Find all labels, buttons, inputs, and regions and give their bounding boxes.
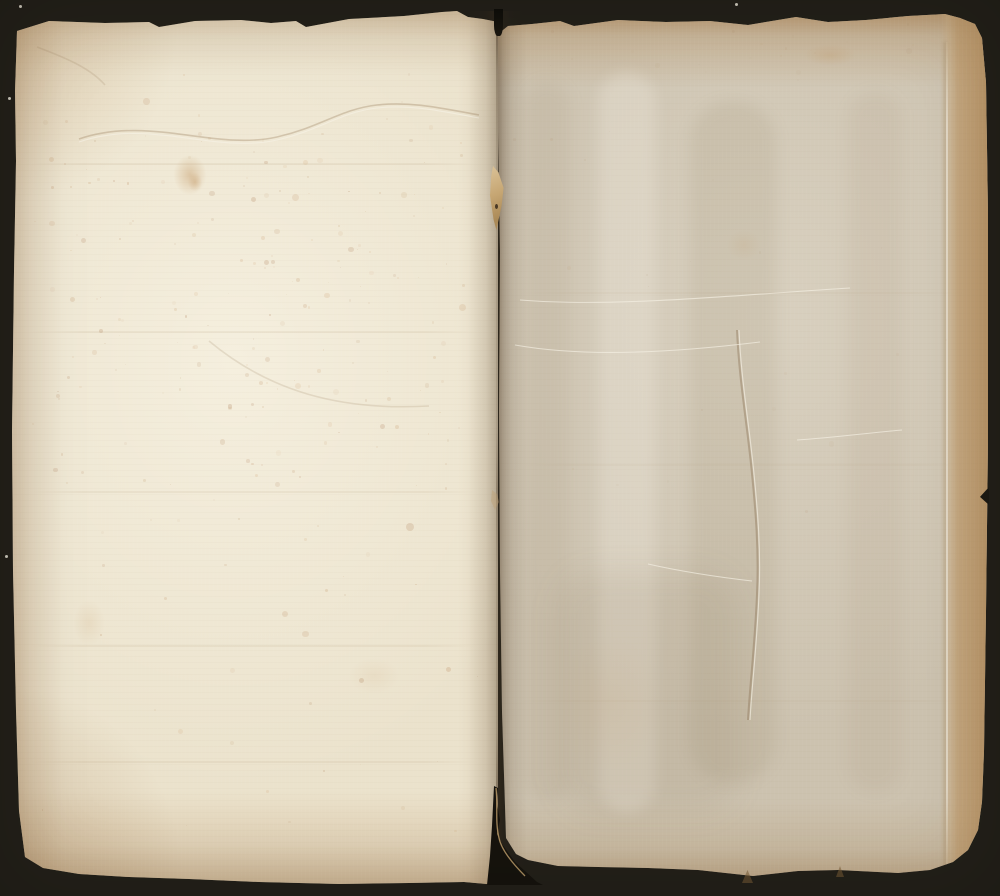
foxing-spot (294, 380, 295, 381)
foxing-spot (401, 806, 405, 810)
foxing-spot (333, 389, 339, 395)
foxing-spot (348, 191, 349, 192)
foxing-spot (67, 376, 70, 379)
foxing-spot (262, 139, 264, 141)
foxing-spot (349, 299, 351, 301)
foxing-spot (311, 239, 313, 241)
foxing-spot (243, 185, 245, 187)
foxing-spot (280, 321, 285, 326)
foxing-spot (224, 564, 227, 567)
foxing-spot (288, 821, 290, 823)
foxing-spot (317, 158, 322, 163)
foxing-spot (72, 356, 74, 358)
foxing-spot (609, 131, 610, 132)
foxing-spot (304, 538, 306, 540)
foxing-spot (228, 293, 229, 294)
foxing-spot (425, 383, 429, 387)
foxing-spot (551, 30, 554, 33)
foxing-spot (282, 611, 288, 617)
foxing-spot (393, 274, 396, 277)
foxing-spot (631, 50, 634, 53)
foxing-spot (125, 364, 126, 365)
foxing-spot (178, 729, 183, 734)
foxing-spot (366, 552, 371, 557)
spine-bottom-gap (485, 786, 543, 885)
dust-speck (5, 555, 8, 558)
foxing-spot (183, 74, 185, 76)
foxing-spot (792, 35, 795, 38)
foxing-spot (847, 53, 848, 54)
foxing-spot (57, 391, 59, 393)
foxing-spot (447, 439, 450, 442)
foxing-spot (896, 353, 899, 356)
foxing-spot (550, 65, 551, 66)
foxing-spot (352, 362, 354, 364)
foxing-spot (784, 372, 787, 375)
foxing-spot (185, 315, 188, 318)
foxing-spot (413, 215, 415, 217)
foxing-spot (348, 247, 353, 252)
foxing-spot (102, 564, 104, 566)
foxing-spot (101, 531, 104, 534)
foxing-spot (264, 193, 269, 198)
foxing-spot (357, 249, 358, 250)
foxing-spot (94, 140, 97, 143)
foxing-spot (252, 347, 255, 350)
dust-speck (735, 3, 738, 6)
foxing-spot (343, 576, 344, 577)
foxing-spot (88, 182, 91, 185)
foxing-spot (772, 407, 776, 411)
foxing-spot (317, 369, 320, 372)
foxing-spot (230, 668, 235, 673)
foxing-spot (170, 484, 171, 485)
foxing-spot (292, 194, 299, 201)
foxing-spot (161, 180, 165, 184)
foxing-spot (380, 424, 385, 429)
foxing-spot (245, 416, 247, 418)
foxing-spot (230, 741, 234, 745)
foxing-spot (667, 480, 670, 483)
foxing-spot (698, 64, 700, 66)
foxing-spot (433, 356, 436, 359)
foxing-spot (70, 186, 73, 189)
foxing-spot (785, 47, 788, 50)
foxing-spot (276, 450, 282, 456)
spine-crack-line (496, 11, 498, 885)
foxing-spot (253, 262, 257, 266)
foxing-spot (174, 308, 177, 311)
foxing-spot (264, 260, 269, 265)
foxing-spot (308, 385, 310, 387)
foxing-spot (317, 525, 319, 527)
foxing-spot (356, 340, 359, 343)
left-page-foxing-spots (9, 11, 498, 885)
foxing-spot (416, 485, 417, 486)
foxing-spot (194, 292, 198, 296)
right-page-foxing-spots (498, 12, 988, 884)
foxing-spot (115, 369, 117, 371)
foxing-spot (49, 221, 55, 227)
foxing-spot (616, 484, 619, 487)
foxing-spot (418, 277, 420, 279)
foxing-spot (197, 222, 199, 224)
foxing-spot (321, 133, 324, 136)
foxing-spot (359, 678, 364, 683)
foxing-spot (164, 597, 167, 600)
dust-speck (8, 97, 11, 100)
foxing-spot (81, 238, 86, 243)
foxing-spot (446, 263, 448, 265)
foxing-spot (437, 761, 439, 763)
foxing-spot (441, 341, 446, 346)
left-page (9, 11, 498, 885)
foxing-spot (344, 594, 346, 596)
foxing-spot (340, 267, 341, 268)
foxing-spot (338, 231, 343, 236)
foxing-spot (86, 169, 87, 170)
foxing-spot (58, 398, 59, 399)
foxing-spot (92, 350, 97, 355)
foxing-spot (286, 294, 287, 295)
foxing-spot (119, 335, 121, 337)
foxing-spot (266, 790, 270, 794)
foxing-spot (265, 357, 270, 362)
foxing-spot (646, 274, 648, 276)
foxing-spot (907, 23, 910, 26)
foxing-spot (172, 301, 176, 305)
foxing-spot (279, 190, 281, 192)
foxing-spot (177, 519, 180, 522)
foxing-spot (796, 70, 801, 75)
foxing-spot (358, 413, 359, 414)
foxing-spot (253, 151, 255, 153)
book-scan-frame (0, 0, 1000, 896)
foxing-spot (810, 50, 812, 52)
foxing-spot (328, 422, 332, 426)
foxing-spot (409, 139, 413, 143)
foxing-spot (192, 346, 195, 349)
foxing-spot (99, 329, 103, 333)
dust-speck (19, 5, 22, 8)
foxing-spot (797, 79, 799, 81)
foxing-spot (34, 221, 36, 223)
foxing-spot (712, 179, 714, 181)
foxing-spot (302, 631, 309, 638)
foxing-spot (121, 319, 124, 322)
foxing-spot (572, 468, 574, 470)
foxing-spot (198, 132, 202, 136)
foxing-spot (446, 667, 451, 672)
foxing-spot (432, 321, 434, 323)
foxing-spot (113, 180, 115, 182)
foxing-spot (571, 58, 573, 60)
foxing-spot (154, 709, 156, 711)
foxing-spot (70, 250, 72, 252)
foxing-spot (387, 371, 388, 372)
foxing-spot (211, 218, 214, 221)
foxing-spot (66, 482, 68, 484)
foxing-spot (143, 479, 146, 482)
foxing-spot (338, 432, 340, 434)
foxing-spot (246, 459, 250, 463)
foxing-spot (179, 388, 182, 391)
foxing-spot (266, 382, 268, 384)
foxing-spot (201, 141, 203, 143)
foxing-spot (690, 261, 691, 262)
foxing-spot (150, 519, 153, 522)
foxing-spot (365, 211, 366, 212)
foxing-spot (188, 156, 191, 159)
foxing-spot (186, 825, 187, 826)
foxing-spot (881, 247, 882, 248)
foxing-spot (445, 487, 447, 489)
foxing-spot (180, 377, 182, 379)
foxing-spot (32, 423, 34, 425)
foxing-spot (428, 433, 430, 435)
foxing-spot (292, 281, 293, 282)
foxing-spot (238, 518, 240, 520)
foxing-spot (323, 770, 325, 772)
foxing-spot (324, 441, 328, 445)
foxing-spot (829, 441, 835, 447)
foxing-spot (454, 830, 457, 833)
foxing-spot (255, 474, 258, 477)
foxing-spot (414, 194, 416, 196)
foxing-spot (228, 407, 231, 410)
foxing-spot (460, 142, 462, 144)
foxing-spot (906, 48, 912, 54)
foxing-spot (369, 251, 371, 253)
foxing-spot (207, 325, 209, 327)
foxing-spot (209, 191, 214, 196)
foxing-spot (251, 463, 254, 466)
right-page (498, 12, 988, 884)
foxing-spot (742, 21, 746, 25)
foxing-spot (401, 192, 406, 197)
foxing-spot (749, 57, 752, 60)
foxing-spot (50, 287, 55, 292)
foxing-spot (283, 165, 286, 168)
foxing-spot (458, 427, 460, 429)
foxing-spot (328, 282, 330, 284)
foxing-spot (264, 161, 268, 165)
foxing-spot (732, 30, 735, 33)
foxing-spot (420, 390, 421, 391)
foxing-spot (584, 159, 586, 161)
foxing-spot (70, 297, 75, 302)
foxing-spot (567, 266, 571, 270)
foxing-spot (65, 120, 68, 123)
foxing-spot (143, 98, 150, 105)
foxing-spot (96, 298, 98, 300)
foxing-spot (76, 234, 78, 236)
foxing-spot (369, 271, 374, 276)
foxing-spot (360, 764, 361, 765)
foxing-spot (220, 439, 225, 444)
foxing-spot (292, 470, 295, 473)
foxing-spot (760, 43, 763, 46)
foxing-spot (338, 225, 340, 227)
foxing-spot (251, 197, 257, 203)
foxing-spot (119, 238, 121, 240)
foxing-spot (397, 277, 399, 279)
foxing-spot (264, 267, 266, 269)
foxing-spot (269, 314, 271, 316)
foxing-spot (240, 259, 243, 262)
foxing-spot (295, 383, 301, 389)
foxing-spot (309, 702, 312, 705)
foxing-spot (846, 41, 848, 43)
foxing-spot (303, 160, 308, 165)
foxing-spot (705, 71, 707, 73)
foxing-spot (124, 442, 127, 445)
foxing-spot (271, 255, 274, 258)
foxing-spot (429, 125, 433, 129)
foxing-spot (97, 178, 100, 181)
foxing-spot (323, 349, 325, 351)
foxing-spot (325, 589, 328, 592)
foxing-spot (337, 260, 340, 263)
foxing-spot (960, 41, 962, 43)
foxing-spot (53, 468, 57, 472)
foxing-spot (365, 399, 368, 402)
foxing-spot (253, 338, 255, 340)
foxing-spot (424, 162, 425, 163)
foxing-spot (912, 44, 914, 46)
foxing-spot (550, 138, 552, 140)
foxing-spot (51, 186, 54, 189)
foxing-spot (145, 135, 147, 137)
foxing-spot (274, 229, 279, 234)
foxing-spot (49, 157, 54, 162)
foxing-spot (100, 634, 102, 636)
foxing-spot (61, 453, 63, 455)
foxing-spot (299, 476, 301, 478)
foxing-spot (42, 809, 44, 811)
foxing-spot (162, 392, 164, 394)
foxing-spot (246, 177, 248, 179)
foxing-spot (261, 464, 263, 466)
foxing-spot (387, 397, 392, 402)
foxing-spot (701, 409, 703, 411)
foxing-spot (213, 499, 215, 501)
foxing-spot (462, 284, 465, 287)
foxing-spot (259, 381, 263, 385)
foxing-spot (562, 58, 563, 59)
foxing-spot (100, 297, 101, 298)
foxing-spot (682, 28, 683, 29)
foxing-spot (308, 306, 311, 309)
foxing-spot (459, 304, 466, 311)
foxing-spot (245, 373, 250, 378)
foxing-spot (655, 63, 660, 68)
foxing-spot (275, 482, 280, 487)
foxing-spot (439, 412, 441, 414)
foxing-spot (386, 118, 388, 120)
foxing-spot (368, 302, 371, 305)
foxing-spot (415, 584, 416, 585)
foxing-spot (324, 293, 330, 299)
foxing-spot (307, 176, 309, 178)
foxing-spot (376, 446, 378, 448)
foxing-spot (104, 343, 105, 344)
foxing-spot (262, 406, 265, 409)
foxing-spot (177, 342, 178, 343)
foxing-spot (945, 339, 947, 341)
foxing-spot (296, 278, 300, 282)
foxing-spot (442, 207, 445, 210)
foxing-spot (360, 286, 361, 287)
spine-top-notch (494, 9, 503, 36)
foxing-spot (79, 386, 82, 389)
foxing-spot (814, 52, 816, 54)
foxing-spot (273, 266, 275, 268)
foxing-spot (780, 55, 783, 58)
foxing-spot (408, 73, 411, 76)
foxing-spot (358, 244, 361, 247)
foxing-spot (192, 233, 197, 238)
foxing-spot (308, 193, 310, 195)
foxing-spot (208, 137, 211, 140)
foxing-spot (759, 251, 762, 254)
foxing-spot (271, 260, 276, 265)
foxing-spot (251, 403, 254, 406)
foxing-spot (460, 154, 463, 157)
foxing-spot (379, 192, 381, 194)
foxing-spot (288, 202, 290, 204)
foxing-spot (303, 304, 307, 308)
foxing-spot (197, 362, 201, 366)
foxing-spot (445, 463, 448, 466)
foxing-spot (261, 236, 265, 240)
foxing-spot (64, 163, 66, 165)
foxing-spot (174, 243, 176, 245)
foxing-spot (441, 380, 444, 383)
foxing-spot (127, 182, 129, 184)
foxing-spot (43, 120, 48, 125)
foxing-spot (129, 222, 133, 226)
foxing-spot (198, 114, 200, 116)
foxing-spot (648, 286, 649, 287)
foxing-spot (395, 425, 399, 429)
foxing-spot (277, 388, 278, 389)
foxing-spot (406, 523, 414, 531)
foxing-spot (805, 510, 808, 513)
foxing-spot (401, 101, 403, 103)
foxing-spot (81, 471, 84, 474)
foxing-spot (246, 364, 248, 366)
